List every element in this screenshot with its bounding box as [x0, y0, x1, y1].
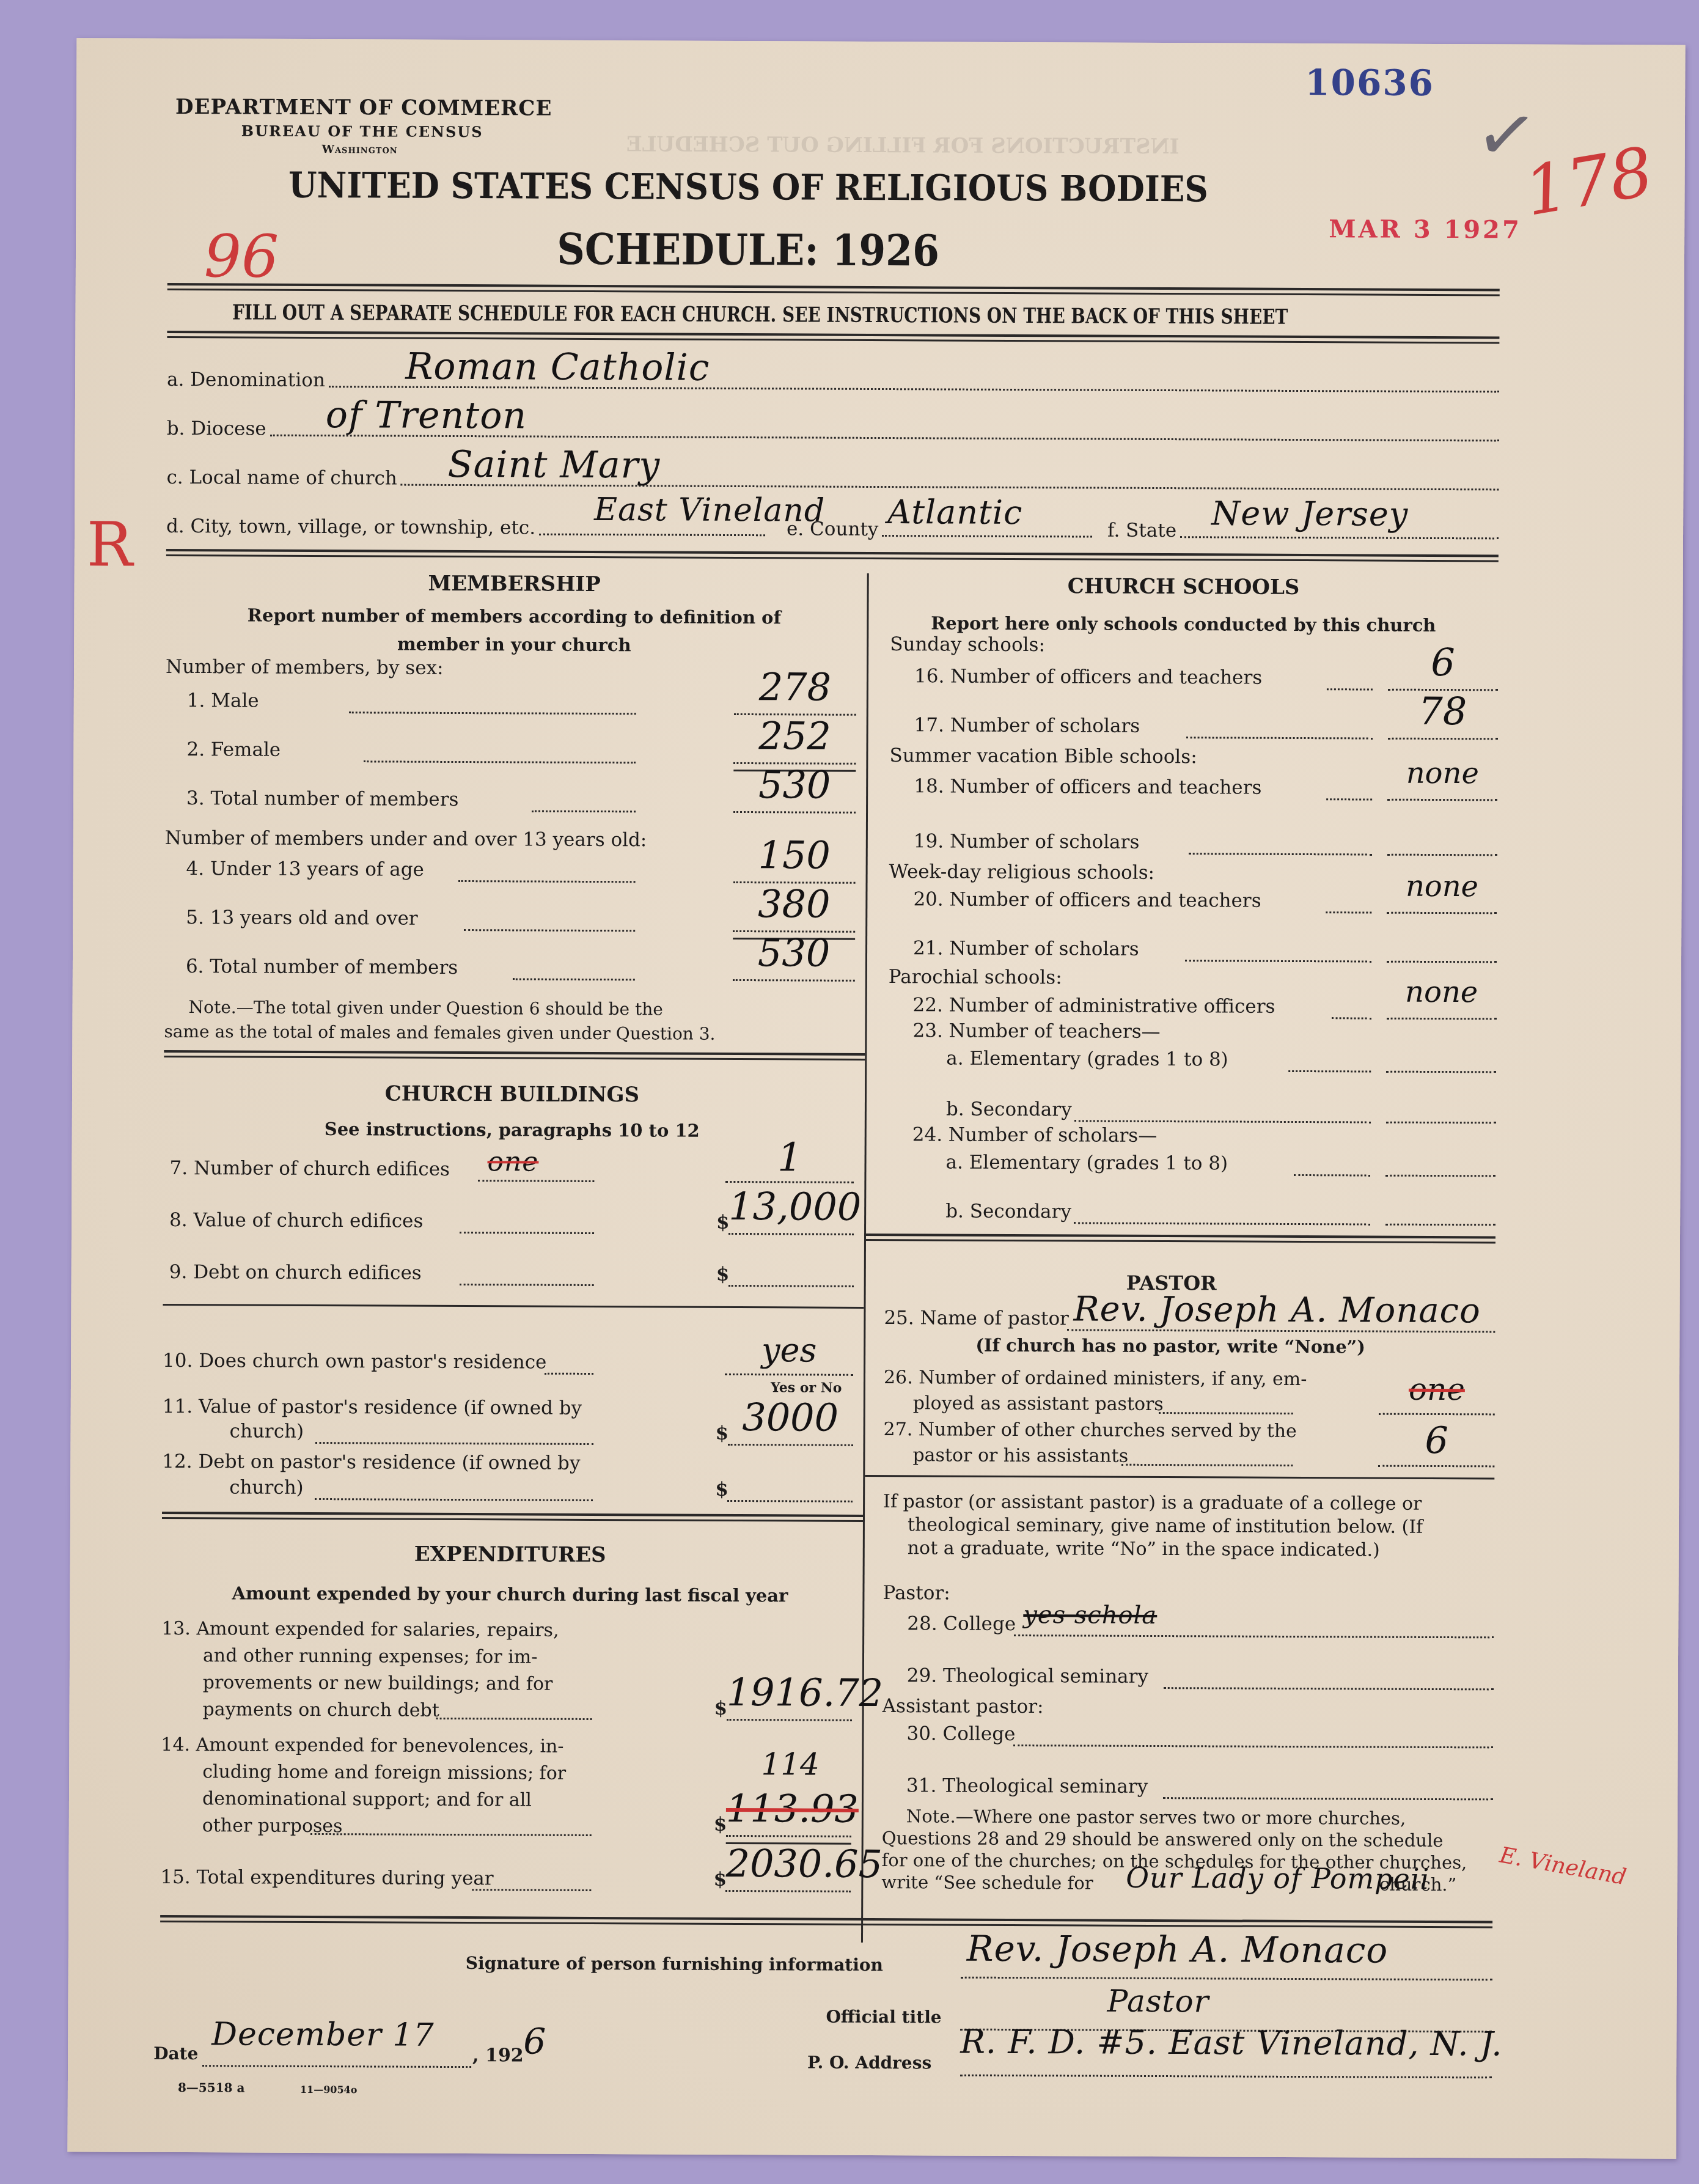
signature-value: Rev. Joseph A. Monaco	[967, 1928, 1389, 1971]
residence-debt-label-2: church)	[229, 1476, 304, 1499]
edifices-value-leader	[460, 1232, 594, 1234]
graduate-line-3: not a graduate, write “No” in the space …	[883, 1537, 1494, 1562]
owns-residence-leader	[545, 1373, 593, 1375]
state-label: f. State	[1107, 520, 1176, 542]
total-members-leader	[532, 811, 636, 813]
membership-note-line-1: Note.—The total given under Question 6 s…	[164, 995, 861, 1023]
city-heading: Washington	[322, 143, 398, 156]
q20-leader	[1326, 911, 1371, 913]
q28-label: 28. College	[907, 1612, 1016, 1635]
q14-value: 113.93	[726, 1786, 851, 1831]
total-members-value: 530	[733, 762, 856, 807]
pastor-heading: Pastor:	[883, 1582, 950, 1604]
q20-label: 20. Number of officers and teachers	[913, 888, 1261, 911]
q26-input[interactable]	[1379, 1413, 1495, 1416]
edifices-debt-label: 9. Debt on church edifices	[169, 1261, 422, 1284]
q24b-label: b. Secondary	[945, 1200, 1071, 1223]
edifices-debt-leader	[460, 1284, 594, 1286]
edifices-value-label: 8. Value of church edifices	[169, 1209, 423, 1232]
q30-input[interactable]	[1013, 1745, 1493, 1748]
female-value: 252	[733, 713, 856, 759]
over-13-label: 5. 13 years old and over	[186, 906, 418, 930]
edifices-debt-input[interactable]	[728, 1285, 854, 1287]
buildings-rule	[162, 1512, 863, 1522]
footer-rule	[160, 1915, 1492, 1928]
edifices-count-input[interactable]	[725, 1181, 854, 1183]
owns-residence-input[interactable]	[725, 1373, 853, 1376]
membership-subtitle-line-1: Report number of members according to de…	[166, 601, 862, 632]
owns-residence-label: 10. Does church own pastor's residence	[163, 1350, 547, 1373]
q23b-leader	[1074, 1120, 1371, 1123]
date-label: Date	[153, 2043, 198, 2064]
q22-input[interactable]	[1387, 1018, 1497, 1020]
q18-label: 18. Number of officers and teachers	[914, 775, 1261, 798]
schedule-title: SCHEDULE: 1926	[143, 222, 1353, 278]
graduate-line-2: theological seminary, give name of insti…	[883, 1513, 1494, 1539]
q27-input[interactable]	[1378, 1465, 1494, 1468]
membership-title: MEMBERSHIP	[166, 570, 863, 598]
q21-input[interactable]	[1387, 961, 1497, 963]
over-13-leader	[464, 929, 635, 932]
membership-subtitle: Report number of members according to de…	[166, 601, 862, 660]
q23-label: 23. Number of teachers—	[912, 1020, 1160, 1043]
assistant-pastor-heading: Assistant pastor:	[883, 1695, 1044, 1718]
form-title: UNITED STATES CENSUS OF RELIGIOUS BODIES	[130, 164, 1367, 211]
official-title-label: Official title	[826, 2007, 941, 2028]
by-sex-heading: Number of members, by sex:	[166, 656, 444, 679]
total-members-2-label: 6. Total number of members	[186, 955, 458, 979]
q25-label: 25. Name of pastor	[884, 1307, 1069, 1329]
q31-input[interactable]	[1163, 1797, 1493, 1800]
q15-leader	[472, 1889, 591, 1891]
county-label: e. County	[787, 518, 878, 540]
q15-label: 15. Total expenditures during year	[160, 1866, 493, 1889]
denomination-field[interactable]: a. Denomination	[167, 369, 1499, 397]
residence-value-input[interactable]	[728, 1444, 853, 1446]
dollar-sign: $	[716, 1211, 730, 1234]
state-line	[1180, 536, 1499, 539]
q16-label: 16. Number of officers and teachers	[914, 665, 1262, 688]
q28-value: yes schola	[1023, 1601, 1157, 1630]
q17-leader	[1186, 737, 1373, 739]
edifices-count-value: 1	[725, 1135, 854, 1181]
diocese-label: b. Diocese	[167, 417, 266, 440]
fill-instruction: FILL OUT A SEPARATE SCHEDULE FOR EACH CH…	[199, 300, 1321, 329]
by-age-heading: Number of members under and over 13 year…	[165, 827, 647, 851]
red-annotation-left-number: 96	[204, 222, 279, 291]
q26-line-1: 26. Number of ordained ministers, if any…	[884, 1365, 1324, 1392]
schools-rule	[866, 1234, 1495, 1243]
membership-subtitle-line-2: member in your church	[166, 629, 862, 660]
official-title-value: Pastor	[1107, 1984, 1209, 2020]
print-number: 11—9054o	[300, 2084, 358, 2095]
year-prefix: , 192	[472, 2045, 524, 2066]
date-value: December 17	[211, 2016, 435, 2054]
yes-no-hint: Yes or No	[771, 1380, 842, 1396]
dollar-sign: $	[716, 1422, 729, 1444]
pencil-check-icon: ✓	[1470, 89, 1543, 182]
total-members-2-input[interactable]	[733, 979, 855, 982]
under-13-leader	[458, 880, 636, 883]
dollar-sign: $	[713, 1869, 727, 1891]
po-address-input[interactable]	[960, 2075, 1492, 2079]
q18-leader	[1326, 798, 1372, 800]
red-location-annotation: E. Vineland	[1498, 1843, 1629, 1891]
q28-input[interactable]	[1014, 1634, 1494, 1638]
q30-label: 30. College	[906, 1723, 1015, 1745]
q23a-input[interactable]	[1386, 1071, 1496, 1073]
q14-line-1: 14. Amount expended for benevolences, in…	[161, 1732, 589, 1760]
q22-leader	[1332, 1017, 1371, 1019]
graduate-instruction: If pastor (or assistant pastor) is a gra…	[883, 1490, 1494, 1562]
q14-line-4: other purposes	[161, 1812, 589, 1841]
red-annotation-number: 178	[1519, 132, 1659, 231]
q19-leader	[1189, 853, 1372, 855]
column-divider	[861, 573, 869, 1943]
residence-value-label-2: church)	[230, 1420, 304, 1443]
state-value: New Jersey	[1211, 494, 1408, 533]
q17-value: 78	[1388, 689, 1498, 734]
q14-input[interactable]	[726, 1835, 851, 1837]
q17-label: 17. Number of scholars	[914, 714, 1140, 737]
q20-input[interactable]	[1387, 912, 1497, 914]
female-leader	[364, 760, 636, 763]
q21-label: 21. Number of scholars	[913, 937, 1139, 960]
q27-value: 6	[1378, 1419, 1494, 1463]
instruction-rule	[167, 331, 1499, 344]
signature-input[interactable]	[961, 1977, 1492, 1981]
q19-label: 19. Number of scholars	[914, 830, 1140, 853]
q13-line-2: and other running expenses; for im-	[161, 1642, 589, 1671]
edifices-value-value: 13,000	[728, 1184, 854, 1229]
county-line	[882, 535, 1092, 537]
q13-label: 13. Amount expended for salaries, repair…	[161, 1616, 590, 1725]
received-date-stamp: MAR 3 1927	[1329, 215, 1522, 244]
q15-value: 2030.65	[725, 1841, 851, 1886]
q16-leader	[1327, 688, 1373, 690]
total-members-input[interactable]	[733, 811, 856, 814]
date-input[interactable]	[202, 2065, 471, 2068]
po-address-value: R. F. D. #5. East Vineland, N. J.	[960, 2023, 1502, 2064]
residence-debt-leader	[315, 1498, 593, 1501]
edifices-count-label: 7. Number of church edifices	[169, 1157, 450, 1180]
year-digit: 6	[523, 2020, 546, 2062]
weekday-schools-heading: Week-day religious schools:	[889, 861, 1155, 884]
pastor-note-line-1: Note.—Where one pastor serves two or mor…	[882, 1805, 1493, 1829]
q15-input[interactable]	[725, 1890, 851, 1892]
q13-line-1: 13. Amount expended for salaries, repair…	[161, 1616, 589, 1644]
q20-value: none	[1387, 869, 1497, 904]
edifices-count-leader	[478, 1180, 594, 1182]
q25-value: Rev. Joseph A. Monaco	[1073, 1289, 1481, 1331]
residence-value-leader	[315, 1442, 593, 1445]
q27-line-1: 27. Number of other churches served by t…	[884, 1417, 1324, 1444]
buildings-title: CHURCH BUILDINGS	[164, 1081, 861, 1108]
over-13-value: 380	[733, 881, 855, 927]
dollar-sign: $	[714, 1697, 728, 1719]
see-schedule-prefix: write “See schedule for	[881, 1872, 1093, 1894]
local-name-field[interactable]: c. Local name of church	[166, 466, 1499, 495]
q16-value: 6	[1388, 640, 1498, 685]
residence-value-value: 3000	[728, 1395, 853, 1440]
parochial-schools-heading: Parochial schools:	[889, 966, 1062, 988]
dollar-sign: $	[714, 1814, 727, 1836]
expenditures-title: EXPENDITURES	[162, 1541, 859, 1568]
q24b-leader	[1074, 1222, 1370, 1225]
male-label: 1. Male	[187, 689, 259, 712]
bureau-heading: BUREAU OF THE CENSUS	[241, 122, 483, 141]
q23a-leader	[1288, 1070, 1371, 1073]
q14-label: 14. Amount expended for benevolences, in…	[161, 1732, 589, 1841]
dollar-sign: $	[715, 1479, 728, 1501]
q13-line-3: provements or new buildings; and for	[161, 1669, 589, 1698]
denomination-label: a. Denomination	[167, 369, 325, 391]
buildings-mid-rule	[163, 1304, 864, 1309]
total-members-2-value: 530	[733, 930, 855, 976]
pastor-rule	[865, 1475, 1494, 1479]
q14-line-2: cluding home and foreign missions; for	[161, 1759, 589, 1787]
q23b-label: b. Secondary	[946, 1098, 1072, 1120]
q18-value: none	[1387, 756, 1497, 791]
graduate-line-1: If pastor (or assistant pastor) is a gra…	[883, 1490, 1494, 1516]
file-number-stamp: 10636	[1305, 62, 1434, 104]
edifices-count-written: one	[487, 1146, 538, 1177]
summer-schools-heading: Summer vacation Bible schools:	[889, 745, 1197, 768]
under-13-label: 4. Under 13 years of age	[186, 858, 424, 881]
q24a-input[interactable]	[1385, 1175, 1495, 1177]
q13-input[interactable]	[727, 1719, 852, 1721]
sunday-schools-heading: Sunday schools:	[890, 633, 1045, 656]
residence-debt-input[interactable]	[727, 1500, 853, 1502]
q23a-label: a. Elementary (grades 1 to 8)	[946, 1047, 1228, 1070]
q24b-input[interactable]	[1385, 1224, 1495, 1226]
q22-value: none	[1387, 975, 1497, 1010]
q26-label: 26. Number of ordained ministers, if any…	[884, 1365, 1324, 1418]
see-schedule-church-value: Our Lady of Pompeii	[1126, 1861, 1429, 1895]
form-number: 8—5518 a	[178, 2080, 245, 2095]
signature-label: Signature of person furnishing informati…	[466, 1953, 883, 1975]
q14-correction: 114	[754, 1746, 827, 1782]
total-members-label: 3. Total number of members	[186, 787, 458, 811]
bleed-through-text: INSTRUCTIONS FOR FILLING OUT SCHEDULE	[626, 132, 1180, 159]
city-label: d. City, town, village, or township, etc…	[166, 515, 535, 539]
q23b-input[interactable]	[1386, 1122, 1496, 1124]
q13-line-4: payments on church debt	[161, 1696, 589, 1725]
q19-input[interactable]	[1387, 854, 1497, 856]
membership-note: Note.—The total given under Question 6 s…	[164, 995, 861, 1047]
dollar-sign: $	[716, 1263, 730, 1285]
q13-value: 1916.72	[727, 1670, 852, 1715]
q29-input[interactable]	[1164, 1687, 1494, 1690]
q29-label: 29. Theological seminary	[907, 1664, 1148, 1688]
po-address-label: P. O. Address	[807, 2053, 931, 2073]
q18-input[interactable]	[1387, 799, 1497, 801]
pastor-note-line-2: Questions 28 and 29 should be answered o…	[882, 1827, 1493, 1851]
city-line	[539, 534, 765, 537]
local-name-value: Saint Mary	[447, 443, 660, 487]
membership-rule	[164, 1050, 865, 1061]
county-value: Atlantic	[887, 493, 1022, 532]
residence-debt-label: 12. Debt on pastor's residence (if owned…	[162, 1450, 580, 1474]
under-13-value: 150	[733, 833, 856, 878]
denomination-value: Roman Catholic	[405, 345, 710, 389]
q25-hint: (If church has no pastor, write “None”)	[975, 1335, 1365, 1358]
male-value: 278	[734, 664, 856, 710]
q17-input[interactable]	[1388, 738, 1498, 740]
q22-label: 22. Number of administrative officers	[913, 994, 1275, 1018]
local-name-label: c. Local name of church	[166, 466, 397, 490]
membership-note-line-2: same as the total of males and females g…	[164, 1020, 861, 1047]
red-letter-annotation: R	[87, 509, 133, 580]
q24a-label: a. Elementary (grades 1 to 8)	[945, 1151, 1228, 1174]
q27-label: 27. Number of other churches served by t…	[883, 1417, 1323, 1470]
q31-label: 31. Theological seminary	[906, 1774, 1148, 1798]
total-members-2-leader	[513, 978, 635, 980]
edifices-value-input[interactable]	[728, 1233, 854, 1235]
q21-leader	[1185, 960, 1371, 962]
expenditures-subtitle: Amount expended by your church during la…	[161, 1579, 858, 1610]
q24a-leader	[1294, 1174, 1370, 1177]
diocese-value: of Trenton	[326, 394, 527, 437]
owns-residence-value: yes	[725, 1331, 853, 1370]
schools-title: CHURCH SCHOOLS	[869, 573, 1499, 600]
department-heading: DEPARTMENT OF COMMERCE	[175, 95, 552, 121]
identity-rule	[166, 549, 1499, 562]
q24-label: 24. Number of scholars—	[912, 1123, 1158, 1147]
header-rule	[167, 283, 1500, 296]
male-leader	[349, 711, 636, 715]
female-label: 2. Female	[186, 738, 281, 761]
residence-value-label: 11. Value of pastor's residence (if owne…	[163, 1395, 582, 1419]
q26-value: one	[1379, 1372, 1495, 1408]
census-schedule-sheet: INSTRUCTIONS FOR FILLING OUT SCHEDULE DE…	[67, 38, 1685, 2158]
q14-line-3: denominational support; and for all	[161, 1785, 589, 1814]
